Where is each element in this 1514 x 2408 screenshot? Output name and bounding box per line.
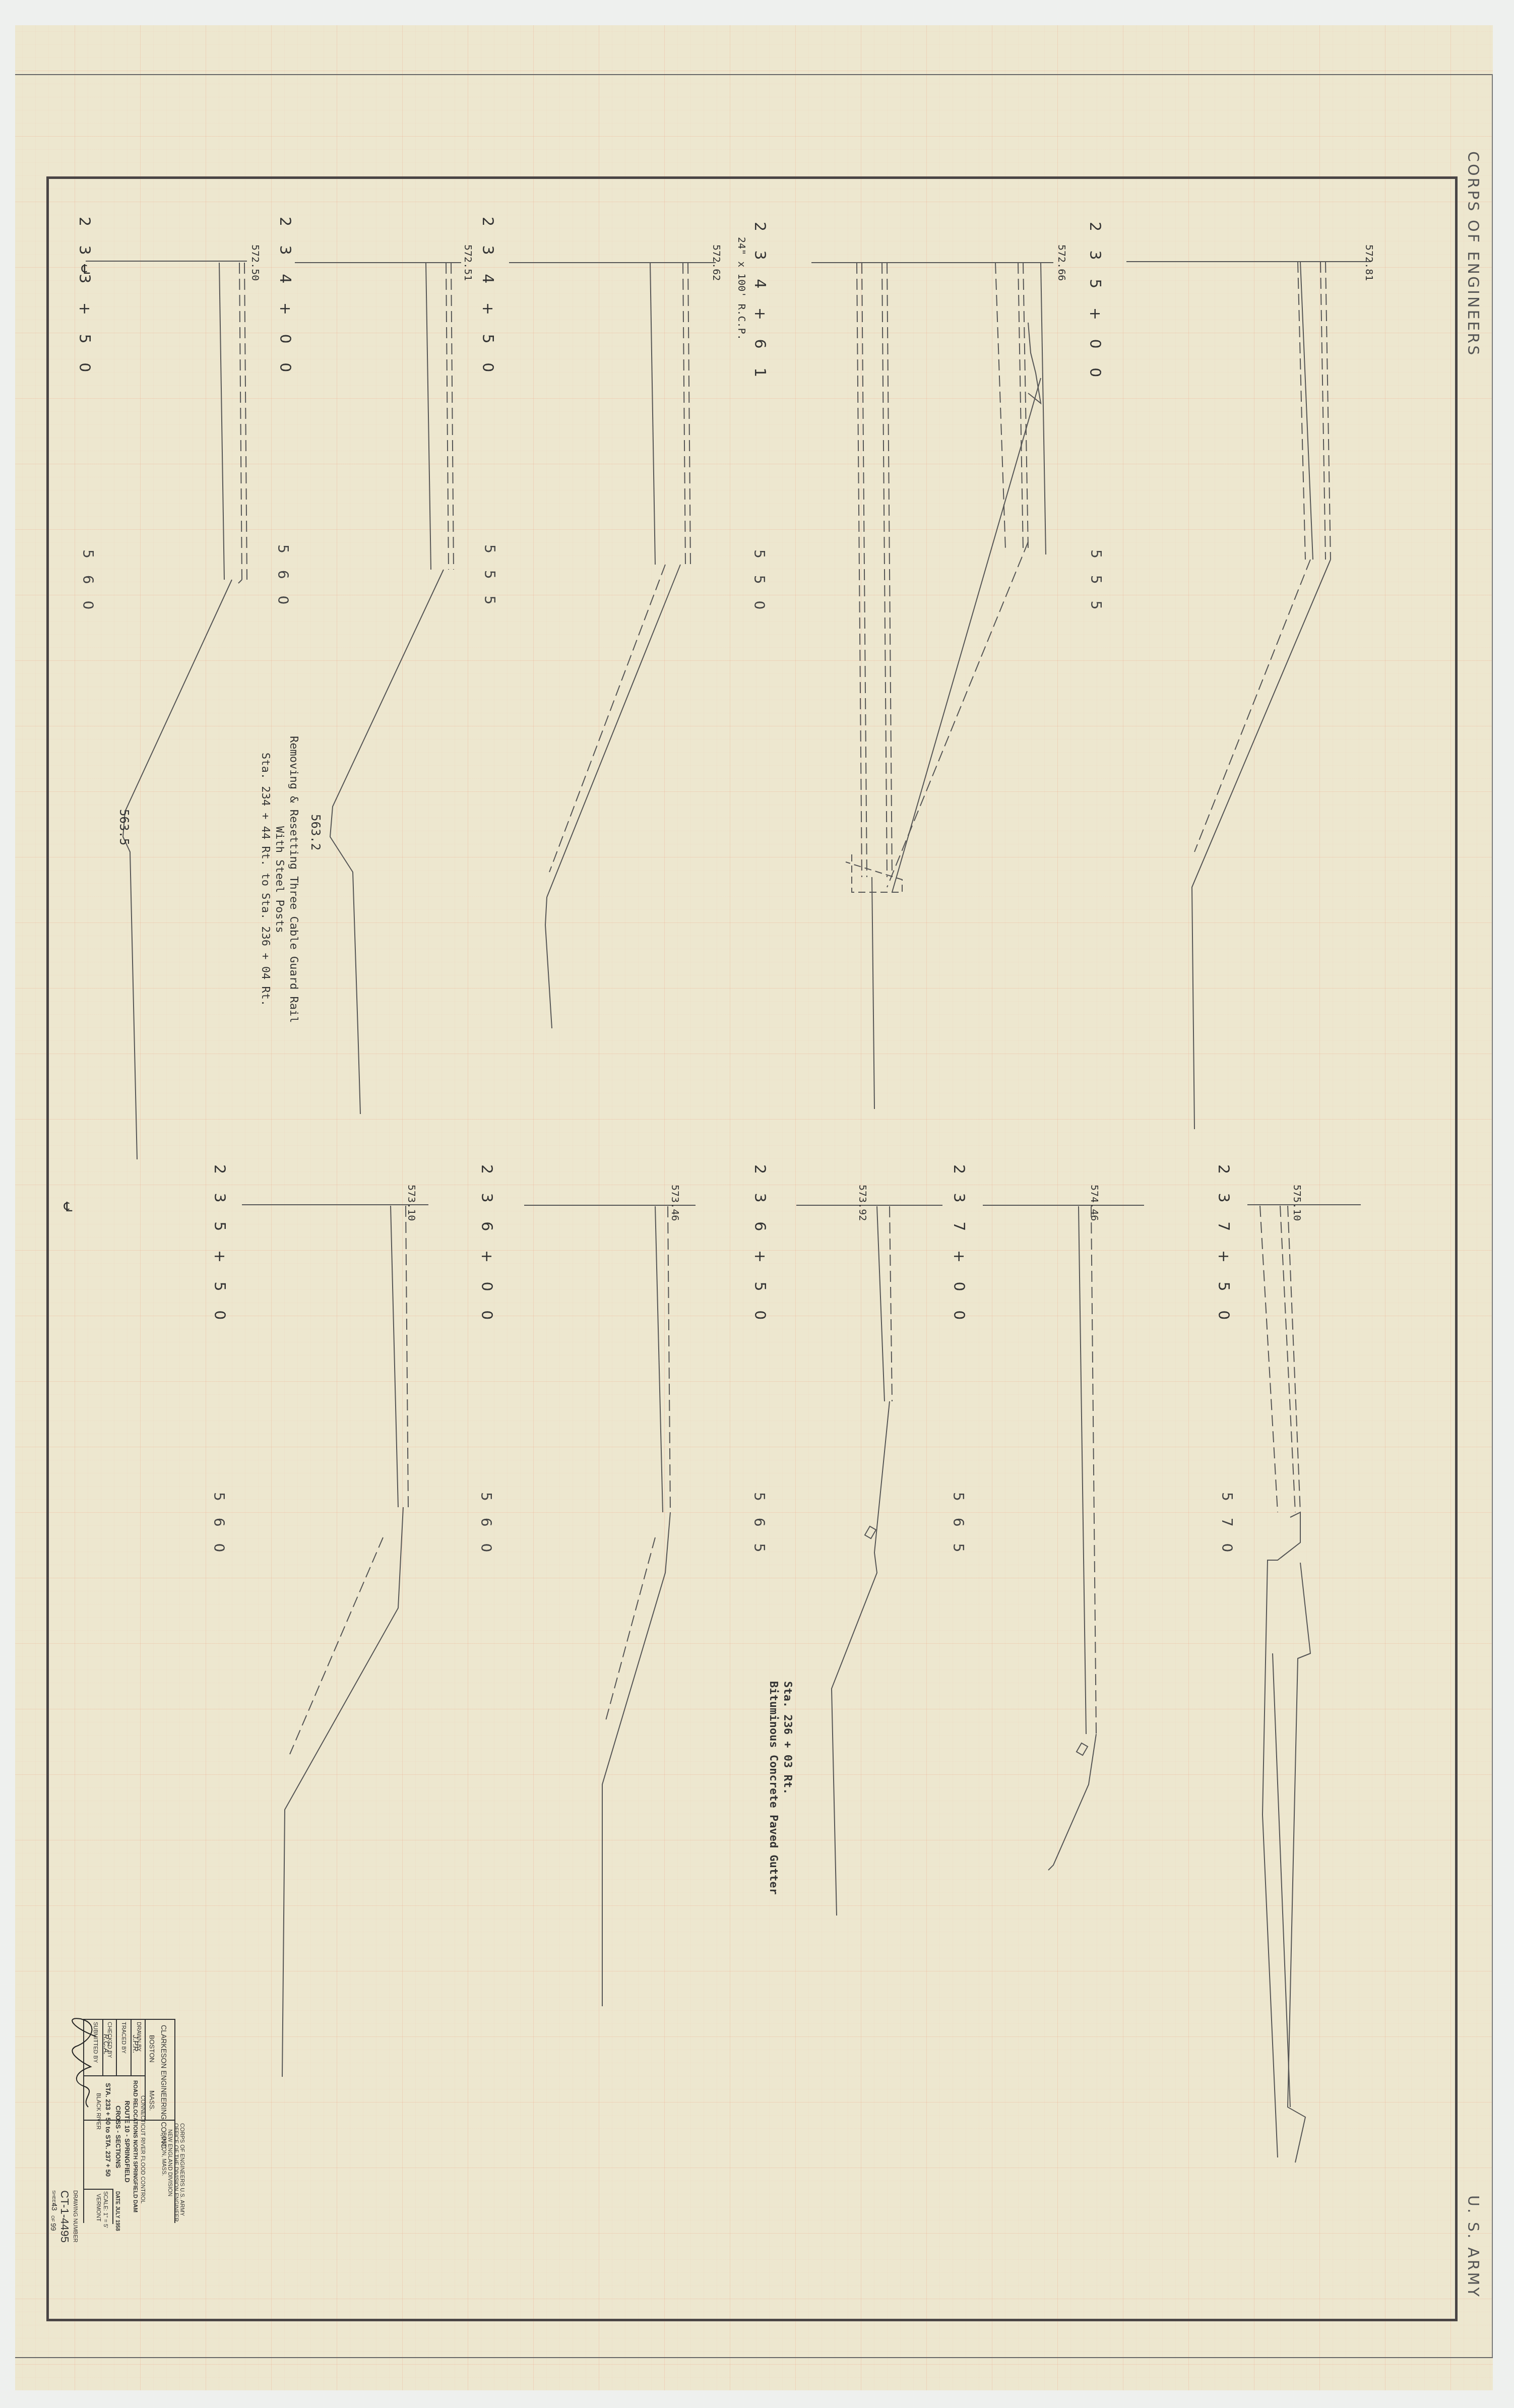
grade-label: 5 6 5 bbox=[751, 1492, 768, 1558]
low-point-elevation: 563.2 bbox=[308, 814, 323, 850]
sheet-title: CROSS - SECTIONS bbox=[114, 2106, 122, 2168]
grade-label: 5 6 0 bbox=[80, 549, 96, 615]
drawing-number: CT-1-4495 bbox=[58, 2190, 71, 2243]
grade-label: 5 6 0 bbox=[275, 544, 291, 610]
station-label: 2 3 5 + 0 0 bbox=[1086, 222, 1104, 384]
station-label: 2 3 7 + 0 0 bbox=[950, 1164, 968, 1327]
signature bbox=[60, 2011, 111, 2112]
elevation-label: 573.46 bbox=[669, 1185, 681, 1221]
firm-state: MASS. bbox=[148, 2090, 156, 2111]
station-label: 2 3 4 + 0 0 bbox=[276, 217, 294, 379]
agency-line: NEW ENGLAND DIVISION bbox=[167, 2123, 173, 2221]
elevation-label: 572.66 bbox=[1056, 244, 1068, 281]
station-label: 2 3 5 + 5 0 bbox=[211, 1164, 228, 1327]
agency-line: OFFICE OF THE DIVISION ENGINEER bbox=[173, 2123, 179, 2221]
station-label: 2 3 6 + 0 0 bbox=[478, 1164, 495, 1327]
grade-label: 5 5 0 bbox=[751, 549, 768, 615]
gutter-note: Sta. 236 + 03 Rt. Bituminous Concrete Pa… bbox=[766, 1681, 794, 1895]
elevation-label: 572.50 bbox=[249, 244, 262, 281]
sheet-total: 99 bbox=[49, 2223, 57, 2231]
grade-label: 5 5 5 bbox=[1088, 549, 1104, 615]
elevation-label: 573.10 bbox=[406, 1185, 418, 1221]
section-235-00-right bbox=[1192, 262, 1331, 1129]
note-line: Sta. 236 + 03 Rt. bbox=[780, 1681, 794, 1895]
scale-label: SCALE: 1" = 5' bbox=[102, 2191, 108, 2228]
station-label: 2 3 6 + 5 0 bbox=[751, 1164, 769, 1327]
section-236-50 bbox=[832, 1206, 892, 1916]
section-234-00 bbox=[330, 263, 454, 1114]
sheet-of-label: OF bbox=[50, 2215, 55, 2222]
elevation-label: 575.10 bbox=[1291, 1185, 1303, 1221]
note-line: Bituminous Concrete Paved Gutter bbox=[766, 1681, 780, 1895]
grade-label: 5 6 0 bbox=[211, 1492, 227, 1558]
centerline-icon: ℄ bbox=[78, 262, 93, 277]
low-point-elevation: 563.5 bbox=[117, 809, 131, 845]
subproject-name: ROAD RELOCATIONS NORTH SPRINGFIELD DAM bbox=[132, 2080, 138, 2212]
agency-line: CORPS OF ENGINEERS U.S. ARMY bbox=[179, 2123, 185, 2221]
guard-rail-note: Removing & Resetting Three Cable Guard R… bbox=[258, 736, 300, 1023]
section-236-00 bbox=[602, 1206, 670, 2006]
elevation-label: 572.51 bbox=[462, 244, 474, 281]
section-235-50 bbox=[282, 1206, 408, 2077]
drawn-by-value: J.P.R. bbox=[132, 2035, 140, 2053]
note-line: With Steel Posts bbox=[272, 736, 286, 1023]
station-label: 2 3 4 + 5 0 bbox=[479, 217, 496, 379]
project-name: CONNECTICUT RIVER FLOOD CONTROL bbox=[140, 2095, 146, 2203]
station-label: 2 3 7 + 5 0 bbox=[1215, 1164, 1232, 1327]
grade-label: 5 5 5 bbox=[481, 544, 498, 610]
elevation-label: 573.92 bbox=[857, 1185, 869, 1221]
section-235-00 bbox=[887, 263, 1046, 892]
centerline-icon: ℄ bbox=[60, 1200, 76, 1215]
elevation-label: 572.62 bbox=[711, 244, 723, 281]
section-237-50 bbox=[1260, 1206, 1310, 2163]
drawing-number-label: DRAWING NUMBER bbox=[72, 2190, 78, 2242]
grade-label: 5 6 0 bbox=[478, 1492, 494, 1558]
agency-block: CORPS OF ENGINEERS U.S. ARMY OFFICE OF T… bbox=[161, 2123, 185, 2221]
date-label: DATE JULY 1958 bbox=[114, 2191, 120, 2231]
traced-by-label: TRACED BY bbox=[120, 2022, 127, 2054]
note-line: Removing & Resetting Three Cable Guard R… bbox=[286, 736, 300, 1023]
grade-label: 5 6 5 bbox=[950, 1492, 967, 1558]
grade-label: 5 7 0 bbox=[1219, 1492, 1235, 1558]
station-label: 2 3 4 + 6 1 bbox=[751, 222, 769, 384]
station-label: 2 3 3 + 5 0 bbox=[76, 217, 93, 379]
elevation-label: 572.81 bbox=[1363, 244, 1375, 281]
agency-line: BOSTON, MASS. bbox=[161, 2123, 167, 2221]
note-line: Sta. 234 + 44 Rt. to Sta. 236 + 04 Rt. bbox=[258, 736, 272, 1023]
route-name: ROUTE 10 - SPRINGFIELD bbox=[123, 2101, 131, 2183]
state-name: VERMONT bbox=[95, 2194, 101, 2221]
firm-city: BOSTON bbox=[148, 2035, 156, 2063]
sheet-number: 43 bbox=[50, 2203, 58, 2211]
section-234-50 bbox=[545, 263, 690, 1028]
section-234-61 bbox=[846, 263, 902, 1109]
elevation-label: 574.46 bbox=[1089, 1185, 1101, 1221]
pipe-note: 24" x 100' R.C.P. bbox=[736, 237, 748, 340]
section-233-50 bbox=[123, 263, 247, 1159]
section-237-00 bbox=[1048, 1206, 1096, 1870]
